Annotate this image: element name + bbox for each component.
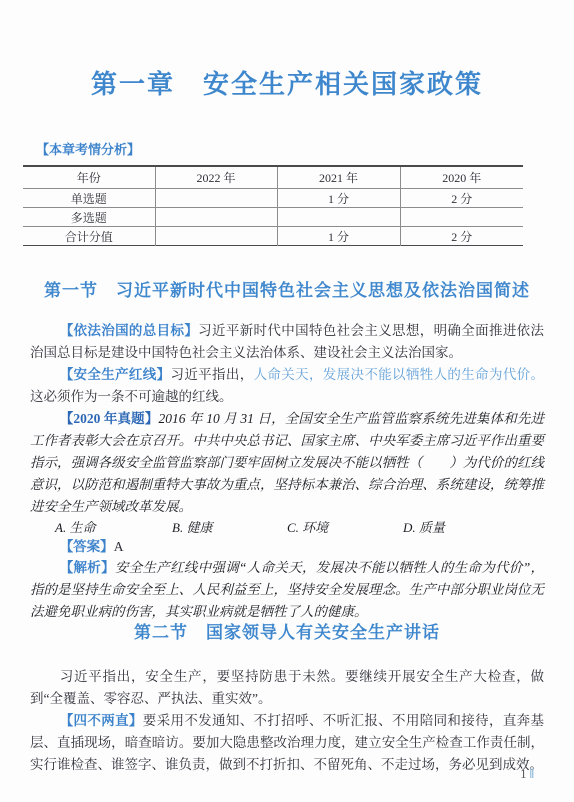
question-2020-stem: 2016 年 10 月 31 日，全国安全生产监管监察系统先进集体和先进工作者表… — [30, 411, 544, 514]
option-a: A. 生命 — [55, 518, 172, 537]
rule-of-law-paragraph: 【依法治国的总目标】习近平新时代中国特色社会主义思想，明确全面推进依法治国总目标… — [30, 320, 544, 364]
table-cell: 1 分 — [277, 189, 400, 208]
table-cell-empty — [400, 208, 523, 227]
section1-title: 第一节 习近平新时代中国特色社会主义思想及依法治国简述 — [0, 276, 574, 301]
table-cell-empty — [155, 208, 277, 227]
option-c: C. 环境 — [287, 518, 403, 537]
exam-analysis-label: 【本章考情分析】 — [36, 139, 140, 158]
table-header-cell: 2022 年 — [155, 166, 277, 189]
table-row: 合计分值 1 分 2 分 — [23, 227, 523, 246]
table-header-cell: 年份 — [23, 166, 155, 189]
table-row: 单选题 1 分 2 分 — [23, 189, 523, 208]
question-2020-paragraph: 【2020 年真题】2016 年 10 月 31 日，全国安全生产监管监察系统先… — [30, 408, 544, 518]
page-number-bars: ‖ — [529, 767, 534, 782]
table-header-cell: 2021 年 — [277, 166, 400, 189]
option-d: D. 质量 — [403, 518, 445, 537]
four-no-two-direct-label: 【四不两直】 — [60, 713, 143, 728]
table-cell-empty — [277, 208, 400, 227]
analysis-paragraph: 【解析】安全生产红线中强调“人命关天，发展决不能以牺牲人的生命为代价”，指的是坚… — [30, 557, 544, 623]
book-page: 第一章 安全生产相关国家政策 【本章考情分析】 年份 2022 年 2021 年… — [0, 0, 574, 802]
question-options-row: A. 生命 B. 健康 C. 环境 D. 质量 — [30, 518, 544, 537]
analysis-label: 【解析】 — [60, 560, 115, 575]
table-cell-empty — [155, 227, 277, 246]
page-number: 1 — [520, 767, 526, 781]
table-cell-empty — [155, 189, 277, 208]
section1-body: 【依法治国的总目标】习近平新时代中国特色社会主义思想，明确全面推进依法治国总目标… — [30, 320, 544, 623]
answer-label: 【答案】 — [60, 539, 114, 554]
table-header-cell: 2020 年 — [400, 166, 523, 189]
table-cell: 多选题 — [23, 208, 155, 227]
red-line-highlight: 人命关天，发展决不能以牺牲人的生命为代价。 — [254, 367, 544, 382]
answer-line: 【答案】A — [30, 537, 544, 557]
red-line-tail: 这必须作为一条不可逾越的红线。 — [30, 389, 233, 404]
table-header-row: 年份 2022 年 2021 年 2020 年 — [23, 166, 523, 189]
section2-title: 第二节 国家领导人有关安全生产讲话 — [0, 618, 574, 643]
table-cell: 1 分 — [277, 227, 400, 246]
red-line-paragraph: 【安全生产红线】习近平指出，人命关天，发展决不能以牺牲人的生命为代价。这必须作为… — [30, 364, 544, 408]
exam-analysis-table: 年份 2022 年 2021 年 2020 年 单选题 1 分 2 分 多选题 … — [23, 165, 523, 246]
rule-of-law-label: 【依法治国的总目标】 — [60, 323, 198, 338]
option-b: B. 健康 — [172, 518, 287, 537]
table-row: 多选题 — [23, 208, 523, 227]
red-line-label: 【安全生产红线】 — [60, 367, 171, 382]
four-no-two-direct-paragraph: 【四不两直】要采用不发通知、不打招呼、不听汇报、不用陪同和接待，直奔基层、直插现… — [30, 710, 544, 776]
answer-value: A — [114, 539, 124, 554]
table-cell: 单选题 — [23, 189, 155, 208]
speech-paragraph: 习近平指出，安全生产，要坚持防患于未然。要继续开展安全生产大检查，做到“全覆盖、… — [30, 666, 544, 710]
question-2020-label: 【2020 年真题】 — [60, 411, 159, 426]
red-line-lead: 习近平指出， — [170, 367, 253, 382]
section2-body: 习近平指出，安全生产，要坚持防患于未然。要继续开展安全生产大检查，做到“全覆盖、… — [30, 666, 544, 776]
table-cell: 合计分值 — [23, 227, 155, 246]
page-footer: 1‖ — [520, 767, 534, 783]
table-cell: 2 分 — [400, 227, 523, 246]
table-cell: 2 分 — [400, 189, 523, 208]
chapter-title: 第一章 安全生产相关国家政策 — [0, 64, 574, 101]
